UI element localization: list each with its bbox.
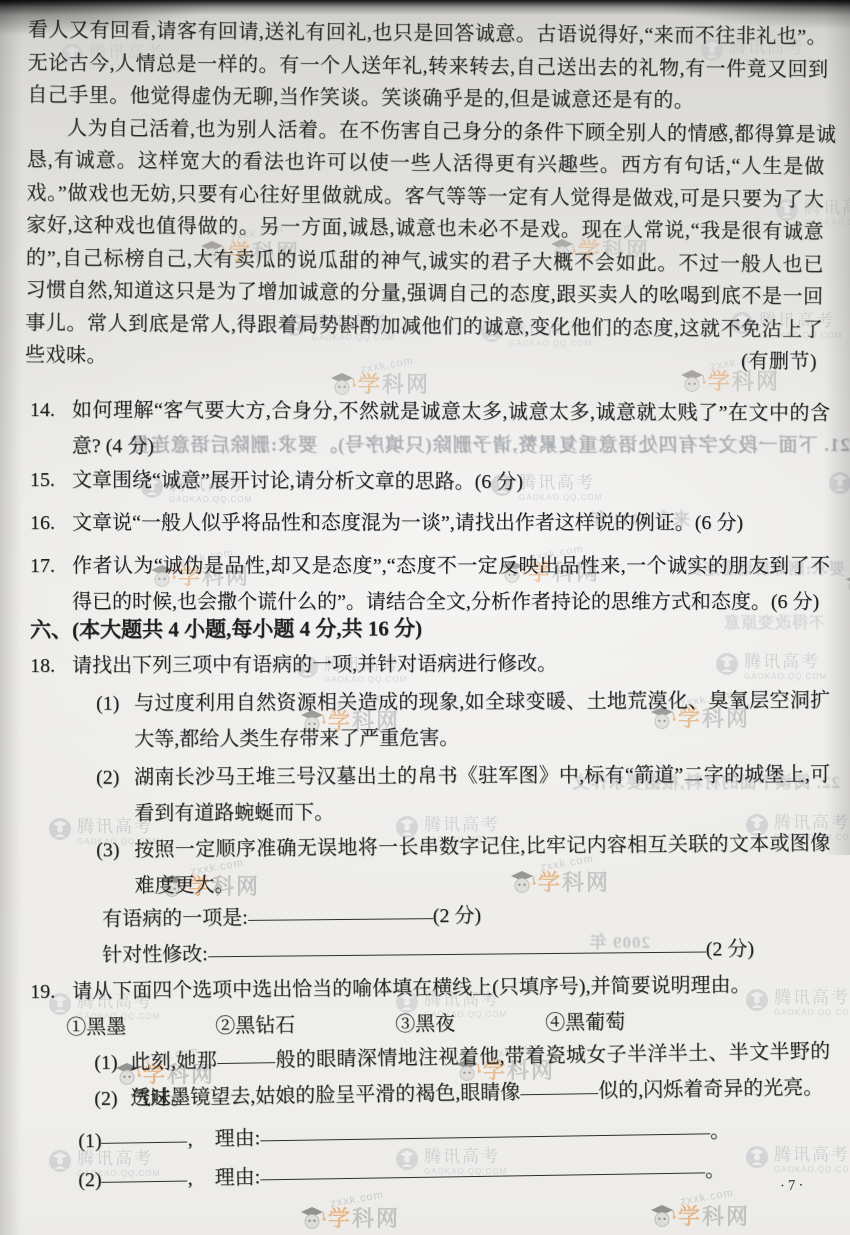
sentence-marker: (1) [94, 1045, 118, 1081]
item-text: 与过度利用自然资源相关造成的现象,如全球变暖、土地荒漠化、臭氧层空洞扩大等,都给… [134, 690, 830, 751]
item-marker: (3) [96, 832, 120, 868]
period: 。 [705, 1159, 725, 1181]
period: 。 [710, 1120, 730, 1142]
xueke-zxxk-watermark: zxxk.com 学 科网 [650, 1190, 750, 1231]
answer-blank [248, 904, 433, 921]
watermark-brand-text: 科网 [352, 1202, 400, 1233]
answer-marker: (1) [78, 1130, 102, 1152]
watermark-brand-text: 学 [328, 1202, 350, 1233]
question-text: 如何理解“客气要大方,合身分,不然就是诚意太多,诚意太多,诚意就太贱了”在文中的… [72, 399, 830, 457]
sentence-pre: 透过墨镜望去,姑娘的脸呈平滑的褐色,眼睛像 [130, 1081, 520, 1109]
item-marker: (1) [96, 686, 119, 722]
answer-label: 有语病的一项是: [102, 907, 248, 930]
watermark-brand-text: 科网 [702, 1200, 750, 1231]
question-number: 19. [30, 974, 55, 1010]
question-text: 作者认为“诚伪是品性,却又是态度”,“态度不一定反映出品性来,一个诚实的朋友到了… [72, 555, 830, 613]
question-16: 16.文章说“一般人似乎将品性和态度混为一谈”,请找出作者这样说的例证。(6 分… [30, 505, 830, 541]
fill-blank [520, 1079, 598, 1095]
scan-edge-corner [0, 0, 220, 36]
option-1: ①黑墨 [66, 1009, 126, 1046]
q18-item-1: (1)与过度利用自然资源相关造成的现象,如全球变暖、土地荒漠化、臭氧层空洞扩大等… [30, 683, 830, 758]
q18-item-2: (2)湖南长沙马王堆三号汉墓出土的帛书《驻军图》中,标有“箭道”二字的城堡上,可… [30, 757, 830, 832]
reason-label: 理由: [214, 1127, 260, 1150]
question-text: 请找出下列三项中有语病的一项,并针对语病进行修改。 [72, 653, 557, 677]
item-marker: (2) [96, 760, 119, 796]
scan-edge-corner [650, 0, 850, 30]
revision-blank [208, 938, 706, 958]
answer-blank [101, 1128, 187, 1144]
question-text: 文章说“一般人似乎将品性和态度混为一谈”,请找出作者这样说的例证。(6 分) [72, 512, 743, 534]
score-label: (2 分) [433, 905, 482, 927]
score-label: (2 分) [706, 938, 755, 960]
passage-line: 些戏味。 [25, 339, 107, 372]
reading-passage: 看人又有回看,请客有回请,送礼有回礼,也只是回答诚意。古语说得好,“来而不往非礼… [25, 14, 826, 378]
question-15: 15.文章围绕“诚意”展开讨论,请分析文章的思路。(6 分) [30, 462, 830, 501]
reason-label: 理由: [214, 1166, 260, 1189]
scanned-exam-page: zxxk.com 学 科网 zxxk.com 学 [0, 0, 850, 1235]
revision-label: 针对性修改: [102, 943, 208, 966]
xueke-zxxk-watermark: zxxk.com 学 科网 [300, 1192, 400, 1233]
question-text: 请从下面四个选项中选出恰当的喻体填在横线上(只填序号),并简要说明理由。 [72, 974, 751, 1003]
option-4: ④黑葡萄 [545, 1004, 625, 1041]
question-number: 17. [30, 548, 55, 584]
option-2: ②黑钻石 [215, 1007, 295, 1044]
question-number: 18. [30, 648, 55, 684]
graduate-mascot-icon [650, 1204, 676, 1228]
question-number: 16. [30, 505, 55, 541]
question-number: 14. [30, 392, 55, 428]
item-text: 湖南长沙马王堆三号汉墓出土的帛书《驻军图》中,标有“箭道”二字的城堡上,可看到有… [134, 764, 830, 825]
passage-line: 事儿。常人到底是常人,得跟着局势斟酌加减他们的诚意,变化他们的态度,这就不免沾上… [25, 306, 823, 345]
graduate-mascot-icon [330, 372, 356, 396]
sentence-pre: 此刻,她那 [130, 1050, 217, 1073]
answer-blank [101, 1167, 187, 1183]
question-18-stem: 18.请找出下列三项中有语病的一项,并针对语病进行修改。 [30, 645, 830, 684]
passage-source-note: (有删节) [741, 345, 817, 378]
comma: , [187, 1128, 192, 1150]
q18-item-3: (3)按照一定顺序准确无误地将一长串数字记住,比牢记内容相互关联的文本或图像难度… [30, 825, 831, 905]
question-number: 15. [30, 462, 55, 498]
question-14: 14.如何理解“客气要大方,合身分,不然就是诚意太多,诚意太多,诚意就太贱了”在… [30, 392, 830, 467]
section-six-header: 六、(本大题共 4 小题,每小题 4 分,共 16 分) [30, 609, 830, 648]
question-text: 文章围绕“诚意”展开讨论,请分析文章的思路。(6 分) [72, 469, 523, 493]
sentence-post: 似的,闪烁着奇异的光亮。 [598, 1077, 823, 1103]
scan-edge-left [0, 0, 22, 1235]
option-3: ③黑夜 [395, 1006, 455, 1043]
scan-edge-right [824, 0, 850, 855]
graduate-mascot-icon [300, 1206, 326, 1230]
reason-blank [260, 1119, 710, 1141]
fill-blank [217, 1048, 275, 1064]
item-text: 按照一定顺序准确无误地将一长串数字记住,比牢记内容相互关联的文本或图像难度更大。 [134, 832, 830, 897]
page-number: ·7· [780, 1178, 807, 1196]
sentence-marker: (2) [94, 1081, 118, 1117]
watermark-brand-text: 学 [678, 1200, 700, 1231]
answer-marker: (2) [78, 1169, 102, 1191]
comma: , [187, 1167, 192, 1189]
reason-blank [260, 1158, 705, 1180]
